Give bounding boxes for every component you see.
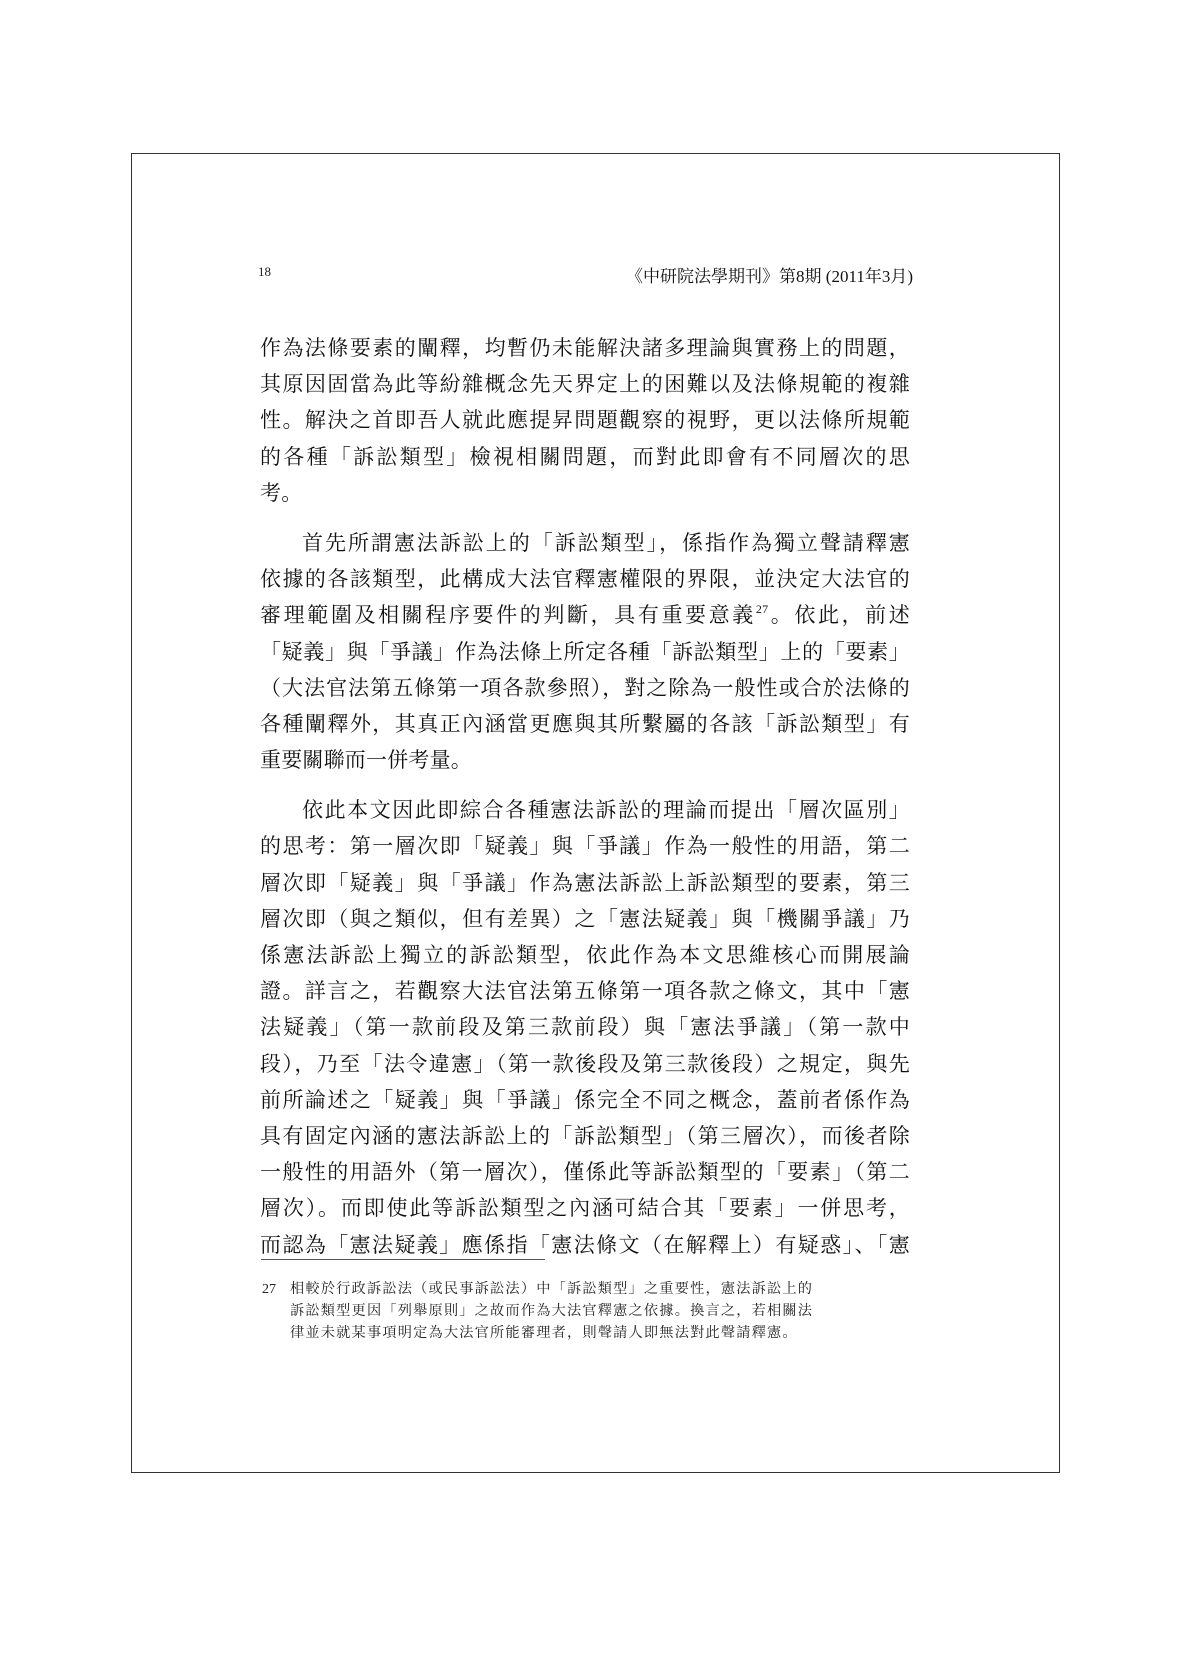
page-number: 18 [258, 264, 271, 280]
body-text: 作為法條要素的闡釋，均暫仍未能解決諸多理論與實務上的問題， 其原因固當為此等紛雜… [260, 330, 910, 1263]
journal-title: 《中研院法學期刊》第8期 (2011年3月) [626, 262, 913, 287]
paragraph-2: 首先所謂憲法訴訟上的「訴訟類型」，係指作為獨立聲請釋憲 依據的各該類型，此構成大… [260, 525, 910, 778]
text-line: 層次即「疑義」與「爭議」作為憲法訴訟上訴訟類型的要素，第三 [260, 865, 910, 901]
text-line-with-footnote: 審理範圍及相關程序要件的判斷，具有重要意義27。依此，前述 [260, 597, 910, 633]
paragraph-3: 依此本文因此即綜合各種憲法訴訟的理論而提出「層次區別」 的思考：第一層次即「疑義… [260, 792, 910, 1262]
text-line: 依據的各該類型，此構成大法官釋憲權限的界限，並決定大法官的 [260, 561, 910, 597]
text-line: 具有固定內涵的憲法訴訟上的「訴訟類型」（第三層次），而後者除 [260, 1118, 910, 1154]
footnote-27: 27相較於行政訴訟法（或民事訴訟法）中「訴訟類型」之重要性，憲法訴訟上的 訴訟類… [262, 1278, 910, 1344]
footnote-number: 27 [262, 1279, 290, 1301]
text-line: 重要關聯而一併考量。 [260, 742, 910, 778]
text-line: 係憲法訴訟上獨立的訴訟類型，依此作為本文思維核心而開展論 [260, 937, 910, 973]
footnotes: 27相較於行政訴訟法（或民事訴訟法）中「訴訟類型」之重要性，憲法訴訟上的 訴訟類… [262, 1278, 910, 1344]
text-line: 一般性的用語外（第一層次），僅係此等訴訟類型的「要素」（第二 [260, 1154, 910, 1190]
text-line: 層次即（與之類似，但有差異）之「憲法疑義」與「機關爭議」乃 [260, 901, 910, 937]
footnote-line: 訴訟類型更因「列舉原則」之故而作為大法官釋憲之依據。換言之，若相關法 [262, 1300, 910, 1322]
text-segment: 。依此，前述 [768, 603, 910, 627]
text-line: 性。解決之首即吾人就此應提昇問題觀察的視野，更以法條所規範 [260, 402, 910, 438]
paragraph-1: 作為法條要素的闡釋，均暫仍未能解決諸多理論與實務上的問題， 其原因固當為此等紛雜… [260, 330, 910, 511]
footnote-reference-27[interactable]: 27 [756, 602, 768, 616]
text-line: 「疑義」與「爭議」作為法條上所定各種「訴訟類型」上的「要素」 [260, 634, 910, 670]
text-line: 各種闡釋外，其真正內涵當更應與其所繫屬的各該「訴訟類型」有 [260, 706, 910, 742]
footnote-separator [261, 1259, 545, 1260]
text-line: 首先所謂憲法訴訟上的「訴訟類型」，係指作為獨立聲請釋憲 [260, 525, 910, 561]
text-line: 的思考：第一層次即「疑義」與「爭議」作為一般性的用語，第二 [260, 828, 910, 864]
text-line: （大法官法第五條第一項各款參照），對之除為一般性或合於法條的 [260, 670, 910, 706]
text-line: 考。 [260, 475, 910, 511]
text-line: 的各種「訴訟類型」檢視相關問題，而對此即會有不同層次的思 [260, 439, 910, 475]
footnote-line: 律並未就某事項明定為大法官所能審理者，則聲請人即無法對此聲請釋憲。 [262, 1322, 910, 1344]
text-line: 法疑義」（第一款前段及第三款前段）與「憲法爭議」（第一款中 [260, 1009, 910, 1045]
text-line: 依此本文因此即綜合各種憲法訴訟的理論而提出「層次區別」 [260, 792, 910, 828]
text-line: 證。詳言之，若觀察大法官法第五條第一項各款之條文，其中「憲 [260, 973, 910, 1009]
text-line: 段），乃至「法令違憲」（第一款後段及第三款後段）之規定，與先 [260, 1046, 910, 1082]
footnote-text: 相較於行政訴訟法（或民事訴訟法）中「訴訟類型」之重要性，憲法訴訟上的 [290, 1281, 813, 1297]
running-header: 18 《中研院法學期刊》第8期 (2011年3月) [258, 262, 913, 286]
text-line: 作為法條要素的闡釋，均暫仍未能解決諸多理論與實務上的問題， [260, 330, 910, 366]
footnote-line: 27相較於行政訴訟法（或民事訴訟法）中「訴訟類型」之重要性，憲法訴訟上的 [262, 1278, 910, 1300]
text-line: 而認為「憲法疑義」應係指「憲法條文（在解釋上）有疑惑」、「憲 [260, 1227, 910, 1263]
text-line: 前所論述之「疑義」與「爭議」係完全不同之概念，蓋前者係作為 [260, 1082, 910, 1118]
text-segment: 審理範圍及相關程序要件的判斷，具有重要意義 [260, 603, 756, 627]
text-line: 其原因固當為此等紛雜概念先天界定上的困難以及法條規範的複雜 [260, 366, 910, 402]
text-line: 層次）。而即使此等訴訟類型之內涵可結合其「要素」一併思考， [260, 1190, 910, 1226]
